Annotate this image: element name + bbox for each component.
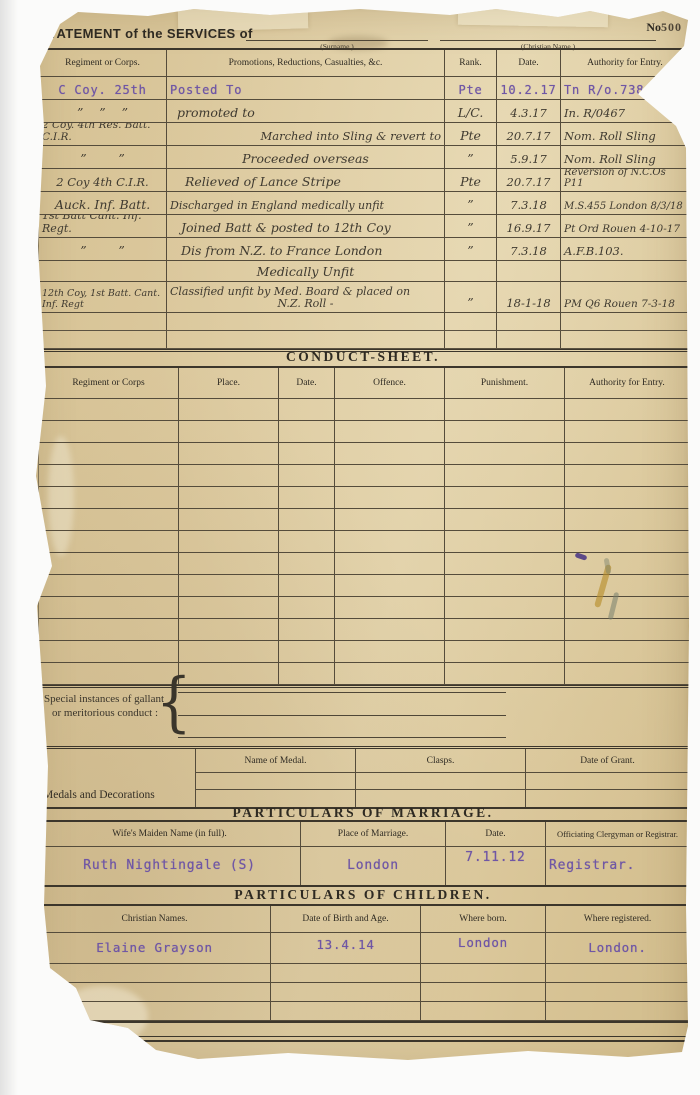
medal-cell — [356, 773, 526, 790]
header-rank: Rank. — [445, 50, 497, 76]
cell-place — [179, 641, 279, 662]
children-empty-rows — [39, 964, 689, 1021]
cell-rank — [445, 331, 497, 348]
cell-regiment: 1st Batt Cant. Inf. Regt. — [39, 215, 167, 237]
cell-offence — [335, 553, 445, 574]
cell-date — [497, 261, 561, 281]
cell-rank: Pte — [445, 77, 497, 99]
cell-punishment — [445, 531, 565, 552]
service-row: Medically Unfit — [39, 261, 689, 282]
service-empty-row — [39, 313, 689, 331]
cell-regiment — [39, 313, 167, 330]
cell-punishment — [445, 487, 565, 508]
cell-where-born: London — [421, 933, 546, 963]
header-medal-name: Name of Medal. — [196, 749, 356, 773]
service-row: Auck. Inf. Batt. Discharged in England m… — [39, 192, 689, 215]
conduct-empty-rows — [39, 399, 689, 685]
cell-rank: L/C. — [445, 100, 497, 122]
cell-authority — [565, 443, 689, 464]
conduct-empty-row — [39, 619, 689, 641]
cell-wife-maiden-name: Ruth Nightingale (S) — [39, 847, 301, 885]
cell-regiment — [39, 597, 179, 618]
cell-date — [279, 443, 335, 464]
children-header-row: Christian Names. Date of Birth and Age. … — [39, 906, 689, 933]
cell-authority — [565, 421, 689, 442]
cell-christian-names — [39, 964, 271, 982]
cell-where-registered — [546, 1002, 689, 1020]
cell-birth-date-age — [271, 983, 421, 1001]
cell-date — [279, 487, 335, 508]
cell-rank: Pte — [445, 169, 497, 191]
child-row: Elaine Grayson 13.4.14 London London. — [39, 933, 689, 964]
header-authority: Authority for Entry. — [565, 368, 689, 398]
conduct-empty-row — [39, 465, 689, 487]
service-empty-rows — [39, 313, 689, 349]
service-row: ” ” Proceeded overseas ” 5.9.17 Nom. Rol… — [39, 146, 689, 169]
cell-regiment: ” ” — [39, 146, 167, 168]
cell-regiment — [39, 553, 179, 574]
child-empty-row — [39, 964, 689, 983]
cell-regiment — [39, 421, 179, 442]
cell-date: 4.3.17 — [497, 100, 561, 122]
cell-date — [279, 421, 335, 442]
cell-rank: ” — [445, 215, 497, 237]
cell-authority — [565, 465, 689, 486]
header-wife-maiden-name: Wife's Maiden Name (in full). — [39, 822, 301, 846]
cell-event-line2: N.Z. Roll - — [277, 298, 333, 310]
document-number-value: 500 — [661, 20, 682, 34]
cell-where-born — [421, 983, 546, 1001]
cell-birth-date-age — [271, 1002, 421, 1020]
header-where-registered: Where registered. — [546, 906, 689, 932]
cell-date — [279, 531, 335, 552]
service-table: Regiment or Corps. Promotions, Reduction… — [38, 48, 690, 352]
cell-regiment: C Coy. 25th — [39, 77, 167, 99]
cell-offence — [335, 443, 445, 464]
cell-date — [279, 399, 335, 420]
cell-regiment: ” ” ” — [39, 100, 167, 122]
conduct-header-row: Regiment or Corps Place. Date. Offence. … — [39, 368, 689, 399]
cell-punishment — [445, 553, 565, 574]
conduct-empty-row — [39, 421, 689, 443]
cell-punishment — [445, 575, 565, 596]
cell-authority: Nom. Roll Sling — [561, 146, 689, 168]
service-row: 1st Batt Cant. Inf. Regt. Joined Batt & … — [39, 215, 689, 238]
cell-authority — [565, 509, 689, 530]
cell-place — [179, 553, 279, 574]
header-clasps: Clasps. — [356, 749, 526, 773]
cell-authority — [565, 399, 689, 420]
surname-field-line — [246, 22, 428, 41]
service-record-sheet: STATEMENT of the SERVICES of (Surname.) … — [28, 6, 690, 1078]
cell-birth-date-age: 13.4.14 — [271, 933, 421, 963]
cell-date — [279, 641, 335, 662]
cell-date: 7.3.18 — [497, 238, 561, 260]
cell-event: Dis from N.Z. to France London — [167, 238, 445, 260]
cell-rank: ” — [445, 146, 497, 168]
conduct-sheet-title: CONDUCT-SHEET. — [38, 349, 688, 365]
cell-date: 16.9.17 — [497, 215, 561, 237]
cell-rank: ” — [445, 192, 497, 214]
cell-regiment: Auck. Inf. Batt. — [39, 192, 167, 214]
conduct-empty-row — [39, 575, 689, 597]
marriage-row: Ruth Nightingale (S) London 7.11.12 Regi… — [39, 847, 689, 885]
cell-rank — [445, 313, 497, 330]
cell-rank — [445, 261, 497, 281]
cell-rank: Pte — [445, 123, 497, 145]
cell-authority — [561, 261, 689, 281]
header-marriage-date: Date. — [446, 822, 546, 846]
gallant-conduct-section: Special instances of gallant or meritori… — [38, 676, 688, 740]
header-where-born: Where born. — [421, 906, 546, 932]
cell-authority — [565, 641, 689, 662]
cell-punishment — [445, 641, 565, 662]
gallant-label-line1: Special instances of gallant — [44, 692, 164, 706]
conduct-empty-row — [39, 509, 689, 531]
cell-regiment — [39, 487, 179, 508]
child-empty-row — [39, 1002, 689, 1021]
cell-regiment — [39, 641, 179, 662]
brace-glyph: { — [156, 665, 192, 740]
marriage-header-row: Wife's Maiden Name (in full). Place of M… — [39, 822, 689, 847]
cell-event: Marched into Sling & revert to — [167, 123, 445, 145]
cell-offence — [335, 465, 445, 486]
document-title: STATEMENT of the SERVICES of — [40, 26, 253, 41]
cell-place — [179, 399, 279, 420]
cell-date — [497, 313, 561, 330]
cell-date: 5.9.17 — [497, 146, 561, 168]
cell-where-registered: London. — [546, 933, 689, 963]
header-officiant: Officiating Clergyman or Registrar. — [546, 822, 689, 846]
cell-place-of-marriage: London — [301, 847, 446, 885]
cell-where-registered — [546, 964, 689, 982]
header-offence: Offence. — [335, 368, 445, 398]
service-row: 12th Coy, 1st Batt. Cant. Inf. Regt Clas… — [39, 282, 689, 313]
marriage-table: Wife's Maiden Name (in full). Place of M… — [38, 820, 690, 887]
gallant-conduct-label: Special instances of gallant or meritori… — [44, 692, 164, 720]
medal-cell — [526, 773, 689, 790]
document-number-label: No — [646, 20, 661, 34]
cell-regiment — [39, 399, 179, 420]
cell-regiment — [39, 443, 179, 464]
gallant-blank-line — [178, 737, 506, 738]
service-row: C Coy. 25th Posted To Pte 10.2.17 Tn R/o… — [39, 77, 689, 100]
cell-event: Relieved of Lance Stripe — [167, 169, 445, 191]
cell-authority: M.S.455 London 8/3/18 — [561, 192, 689, 214]
cell-event: Posted To — [167, 77, 445, 99]
cell-authority — [565, 619, 689, 640]
cell-event: promoted to — [167, 100, 445, 122]
cell-date: 10.2.17 — [497, 77, 561, 99]
header-birth-date-age: Date of Birth and Age. — [271, 906, 421, 932]
document-number: No500 — [646, 20, 682, 35]
cell-regiment: 2 Coy. 4th Res. Batt. C.I.R. — [39, 123, 167, 145]
cell-event: Proceeded overseas — [167, 146, 445, 168]
cell-place — [179, 597, 279, 618]
cell-offence — [335, 575, 445, 596]
header-date-of-grant: Date of Grant. — [526, 749, 689, 773]
cell-event — [167, 313, 445, 330]
gallant-label-line2: or meritorious conduct : — [44, 706, 164, 720]
children-table: Christian Names. Date of Birth and Age. … — [38, 904, 690, 1023]
cell-birth-date-age — [271, 964, 421, 982]
cell-event — [167, 331, 445, 348]
cell-offence — [335, 641, 445, 662]
header-promotions: Promotions, Reductions, Casualties, &c. — [167, 50, 445, 76]
cell-date — [279, 465, 335, 486]
conduct-sheet-table: Regiment or Corps Place. Date. Offence. … — [38, 366, 690, 688]
cell-date — [279, 619, 335, 640]
gallant-blank-line — [178, 692, 506, 693]
cell-event: Joined Batt & posted to 12th Coy — [167, 215, 445, 237]
conduct-empty-row — [39, 531, 689, 553]
document-header: STATEMENT of the SERVICES of (Surname.) … — [38, 18, 686, 50]
cell-place — [179, 421, 279, 442]
cell-offence — [335, 531, 445, 552]
cell-place — [179, 443, 279, 464]
cell-offence — [335, 597, 445, 618]
conduct-empty-row — [39, 553, 689, 575]
medals-table: Medals and Decorations Name of Medal. Cl… — [38, 746, 690, 809]
cell-date: 20.7.17 — [497, 123, 561, 145]
cell-authority: A.F.B.103. — [561, 238, 689, 260]
service-row: 2 Coy 4th C.I.R. Relieved of Lance Strip… — [39, 169, 689, 192]
header-place: Place. — [179, 368, 279, 398]
cell-punishment — [445, 597, 565, 618]
medals-label: Medals and Decorations — [39, 749, 196, 807]
cell-place — [179, 509, 279, 530]
service-empty-row — [39, 331, 689, 349]
header-place-of-marriage: Place of Marriage. — [301, 822, 446, 846]
cell-punishment — [445, 443, 565, 464]
cell-authority — [565, 575, 689, 596]
cell-date — [279, 597, 335, 618]
cell-place — [179, 487, 279, 508]
header-punishment: Punishment. — [445, 368, 565, 398]
cell-authority: Reversion of N.C.Os P11 — [561, 169, 689, 191]
marriage-title: PARTICULARS OF MARRIAGE. — [38, 805, 688, 821]
cell-regiment — [39, 465, 179, 486]
cell-date — [279, 553, 335, 574]
cell-authority — [565, 487, 689, 508]
header-date: Date. — [279, 368, 335, 398]
cell-regiment — [39, 619, 179, 640]
cell-offence — [335, 509, 445, 530]
header-christian-names: Christian Names. — [39, 906, 271, 932]
cell-date — [279, 575, 335, 596]
cell-rank: ” — [445, 282, 497, 312]
cell-regiment — [39, 509, 179, 530]
christian-name-field-line — [440, 22, 656, 41]
cell-date: 18-1-18 — [497, 282, 561, 312]
conduct-empty-row — [39, 641, 689, 663]
cell-punishment — [445, 421, 565, 442]
conduct-empty-row — [39, 399, 689, 421]
cell-place — [179, 531, 279, 552]
service-row: ” ” Dis from N.Z. to France London ” 7.3… — [39, 238, 689, 261]
cell-marriage-date: 7.11.12 — [446, 847, 546, 885]
cell-place — [179, 619, 279, 640]
cell-where-born — [421, 1002, 546, 1020]
cell-punishment — [445, 465, 565, 486]
cell-regiment: 12th Coy, 1st Batt. Cant. Inf. Regt — [39, 282, 167, 312]
header-regiment: Regiment or Corps — [39, 368, 179, 398]
cell-authority: PM Q6 Rouen 7-3-18 — [561, 282, 689, 312]
service-row: ” ” ” promoted to L/C. 4.3.17 In. R/0467 — [39, 100, 689, 123]
cell-regiment — [39, 575, 179, 596]
cell-punishment — [445, 509, 565, 530]
cell-punishment — [445, 619, 565, 640]
cell-event: Medically Unfit — [167, 261, 445, 281]
cell-regiment — [39, 531, 179, 552]
cell-regiment: ” ” — [39, 238, 167, 260]
child-empty-row — [39, 983, 689, 1002]
cell-place — [179, 465, 279, 486]
cell-officiant: Registrar. — [546, 847, 689, 885]
conduct-empty-row — [39, 487, 689, 509]
cell-punishment — [445, 399, 565, 420]
cell-date — [497, 331, 561, 348]
cell-date — [279, 509, 335, 530]
cell-where-born — [421, 964, 546, 982]
cell-rank: ” — [445, 238, 497, 260]
cell-offence — [335, 619, 445, 640]
conduct-empty-row — [39, 443, 689, 465]
cell-authority — [561, 331, 689, 348]
header-regiment: Regiment or Corps. — [39, 50, 167, 76]
cell-date: 7.3.18 — [497, 192, 561, 214]
cell-where-registered — [546, 983, 689, 1001]
cell-offence — [335, 421, 445, 442]
cell-authority: Pt Ord Rouen 4-10-17 — [561, 215, 689, 237]
conduct-empty-row — [39, 597, 689, 619]
gallant-blank-line — [178, 715, 506, 716]
cell-regiment — [39, 261, 167, 281]
cell-place — [179, 575, 279, 596]
cell-regiment: 2 Coy 4th C.I.R. — [39, 169, 167, 191]
cell-authority — [565, 531, 689, 552]
cell-event: Discharged in England medically unfit — [167, 192, 445, 214]
header-date: Date. — [497, 50, 561, 76]
cell-christian-names: Elaine Grayson — [39, 933, 271, 963]
cell-offence — [335, 399, 445, 420]
cell-event: Classified unfit by Med. Board & placed … — [167, 282, 445, 312]
children-title: PARTICULARS OF CHILDREN. — [38, 887, 688, 903]
cell-offence — [335, 487, 445, 508]
cell-authority — [565, 597, 689, 618]
service-row: 2 Coy. 4th Res. Batt. C.I.R. Marched int… — [39, 123, 689, 146]
cell-date: 20.7.17 — [497, 169, 561, 191]
service-header-row: Regiment or Corps. Promotions, Reduction… — [39, 50, 689, 77]
cell-regiment — [39, 331, 167, 348]
medal-cell — [196, 773, 356, 790]
cell-authority: Nom. Roll Sling — [561, 123, 689, 145]
cell-authority — [561, 313, 689, 330]
